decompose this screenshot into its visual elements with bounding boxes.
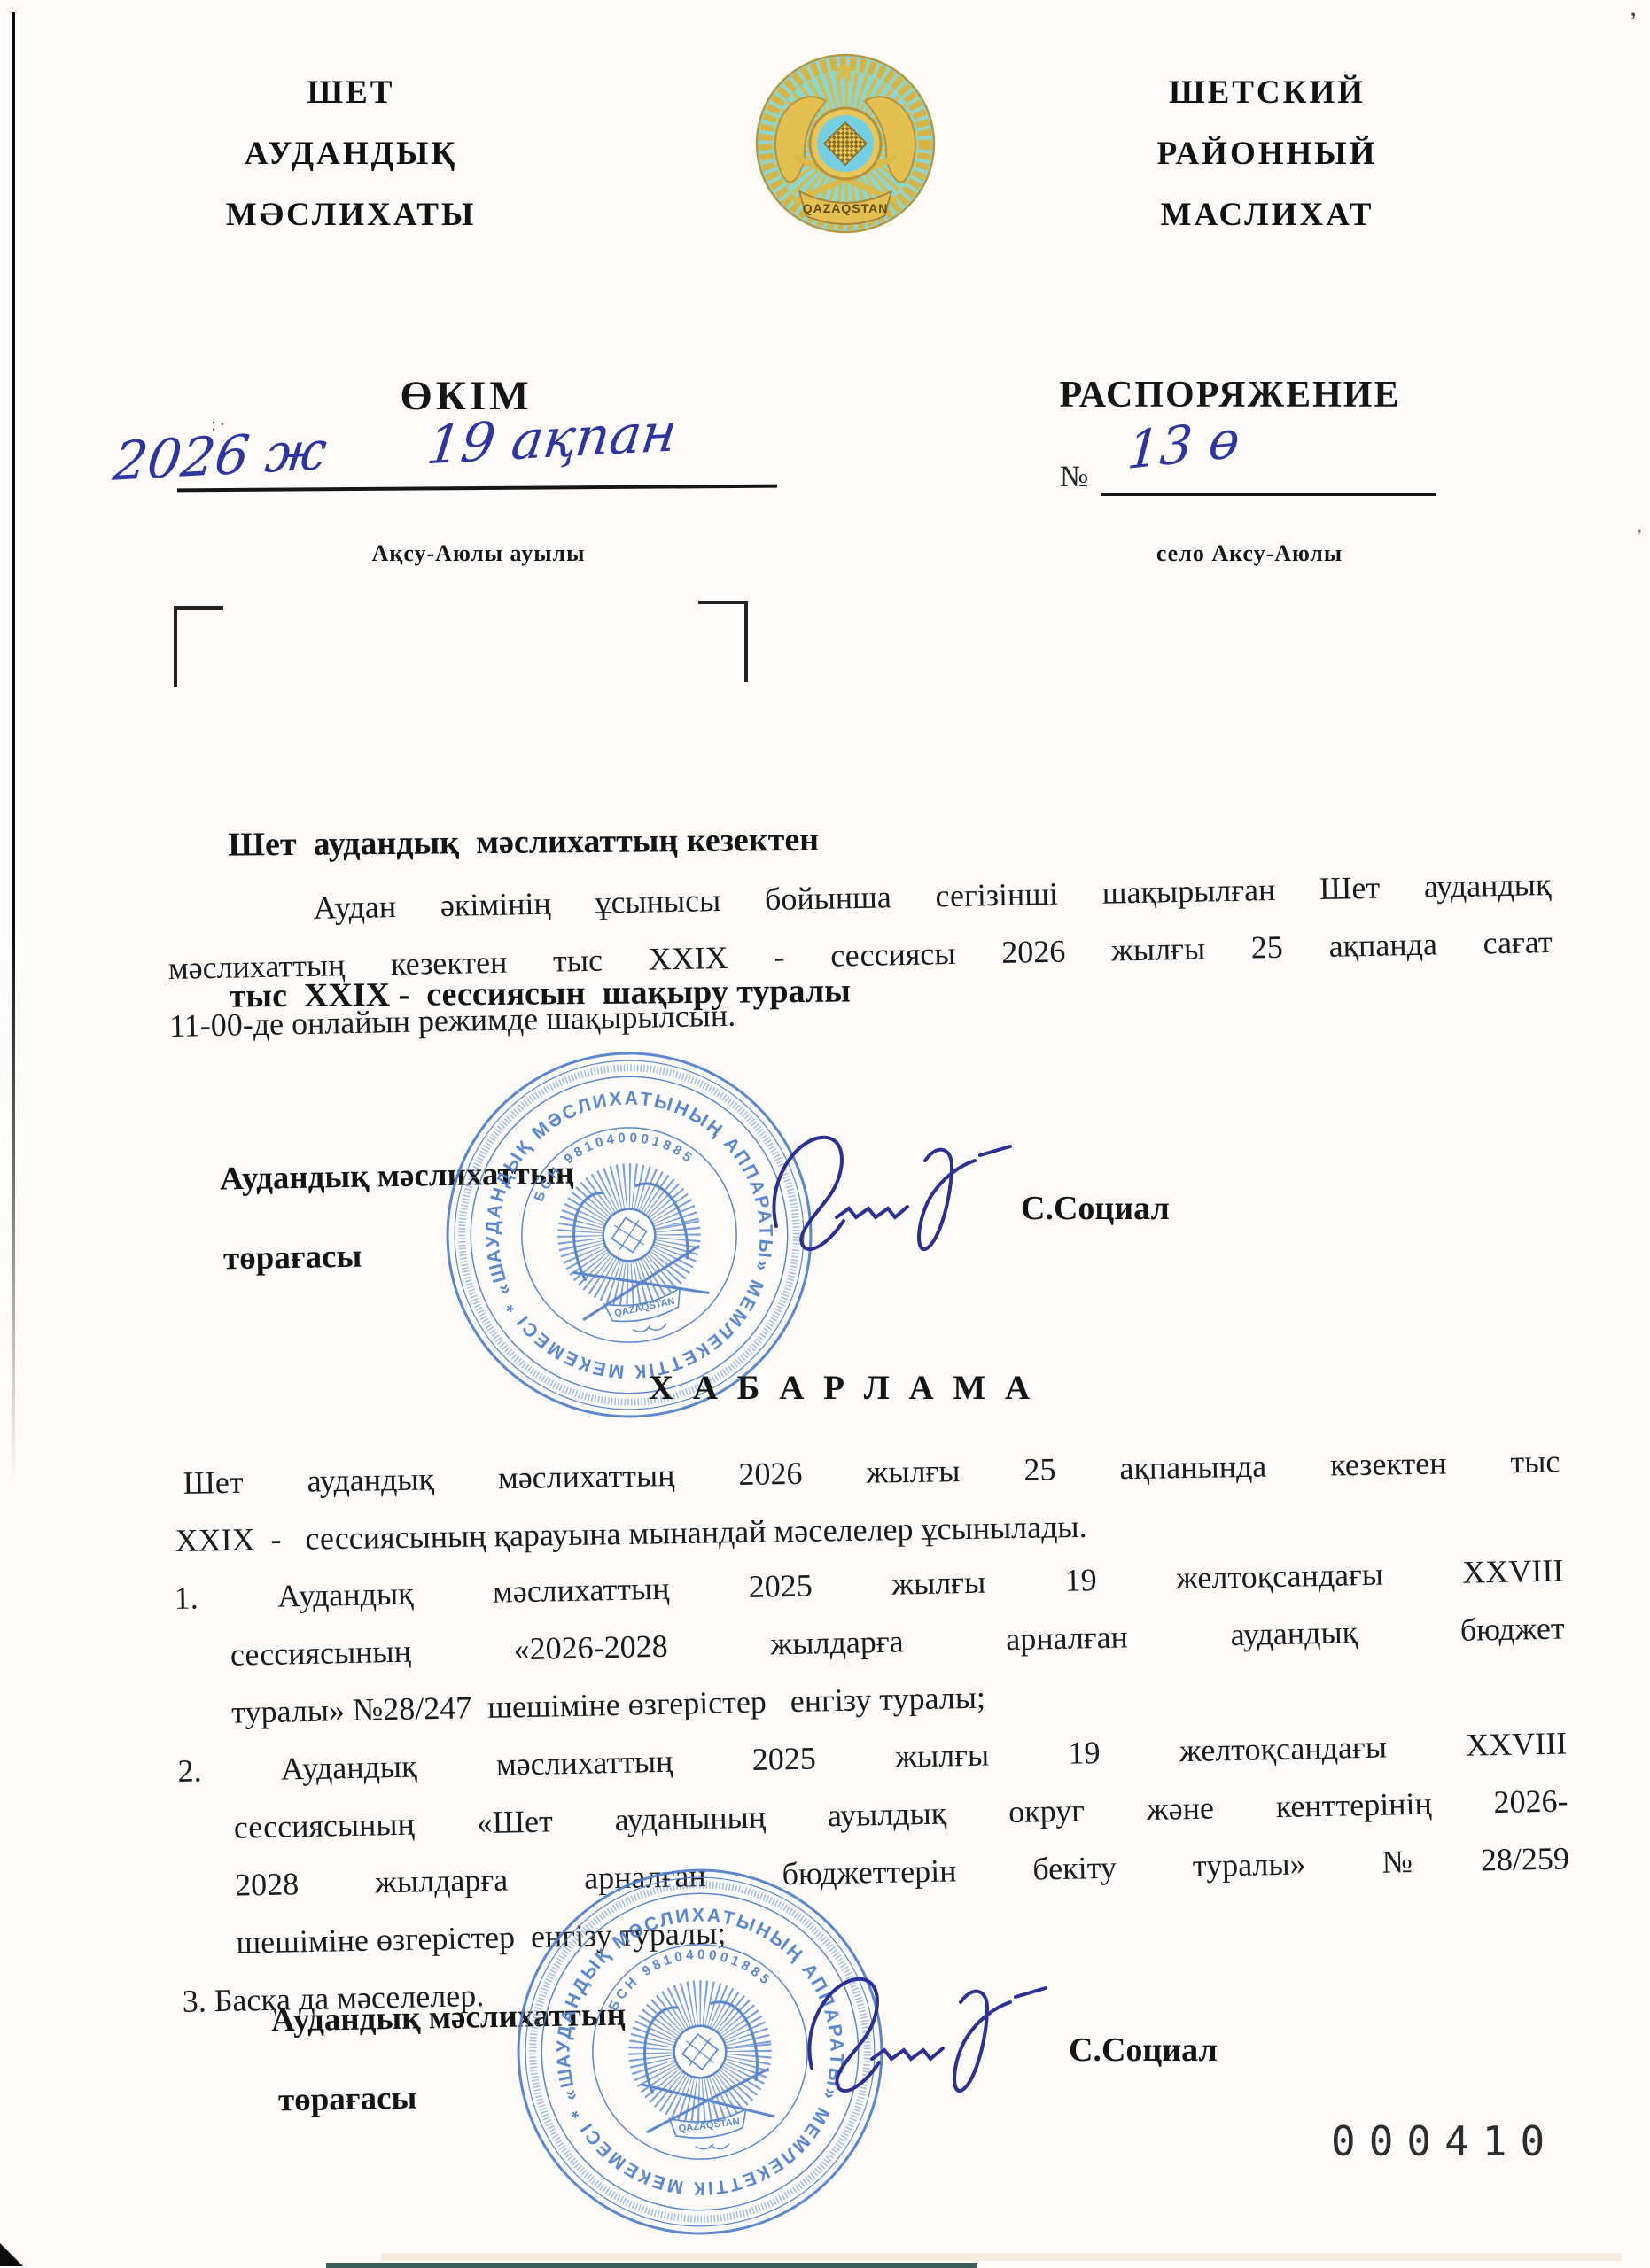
item1-marker: 1. — [174, 1580, 198, 1616]
notice-heading: Х А Б А Р Л А М А — [266, 1368, 1418, 1408]
org-right-line1: ШЕТСКИЙ — [1101, 62, 1434, 123]
org-right-line3: МАСЛИХАТ — [1101, 184, 1434, 245]
scan-bottom-strip — [326, 2263, 977, 2268]
title-line1: Шет аудандық мәслихаттың кезектен — [228, 813, 954, 870]
org-left-line3: МӘСЛИХАТЫ — [202, 184, 500, 245]
org-left-line2: АУДАНДЫҚ — [202, 123, 500, 184]
place-kazakh: Ақсу-Аюлы ауылы — [292, 540, 665, 567]
serial-number-stamp: 000410 — [1331, 2117, 1558, 2165]
layout-bracket-left — [174, 606, 223, 687]
number-sign-label: № — [1060, 461, 1088, 494]
handwritten-signature — [787, 1951, 1088, 2128]
org-name-kazakh: ШЕТ АУДАНДЫҚ МӘСЛИХАТЫ — [202, 62, 500, 245]
stamp-bin-text: БСН 981040001885 — [600, 1938, 777, 2015]
date-underline — [177, 485, 777, 493]
signer-name: С.Социал — [1069, 2031, 1218, 2070]
kazakhstan-coat-of-arms: QAZAQSTAN — [747, 50, 944, 239]
handwritten-number: 13 ө — [1125, 408, 1241, 481]
svg-text:БСН 981040001885: БСН 981040001885 — [600, 1938, 777, 2015]
layout-bracket-right — [698, 601, 748, 682]
emblem-banner-text: QAZAQSTAN — [803, 201, 889, 215]
scan-edge-line — [12, 12, 15, 1483]
order-body-paragraph: Аудан әкімінің ұсынысы бойынша сегізінші… — [167, 856, 1553, 1055]
item3-marker: 3. — [182, 1983, 206, 2019]
org-left-line1: ШЕТ — [202, 62, 500, 123]
stamp-banner-text: QAZAQSTAN — [613, 1296, 675, 1319]
item2-marker: 2. — [177, 1752, 202, 1789]
number-underline — [1101, 493, 1436, 496]
org-right-line2: РАЙОННЫЙ — [1101, 123, 1434, 184]
org-name-russian: ШЕТСКИЙ РАЙОННЫЙ МАСЛИХАТ — [1101, 62, 1434, 245]
document-page: ’ ‚ :· ШЕТ АУДАНДЫҚ МӘСЛИХАТЫ QAZAQSTAN … — [0, 0, 1650, 2268]
signer-role-line2: төрағасы — [223, 1238, 362, 1278]
place-russian: село Аксу-Аюлы — [1079, 540, 1420, 567]
scan-speck: ‚ — [1636, 514, 1643, 538]
handwritten-signature — [751, 1109, 1053, 1286]
scan-speck: ’ — [1629, 7, 1638, 37]
scan-corner-mark — [0, 2243, 23, 2266]
signer-role-line2: төрағасы — [278, 2079, 417, 2120]
